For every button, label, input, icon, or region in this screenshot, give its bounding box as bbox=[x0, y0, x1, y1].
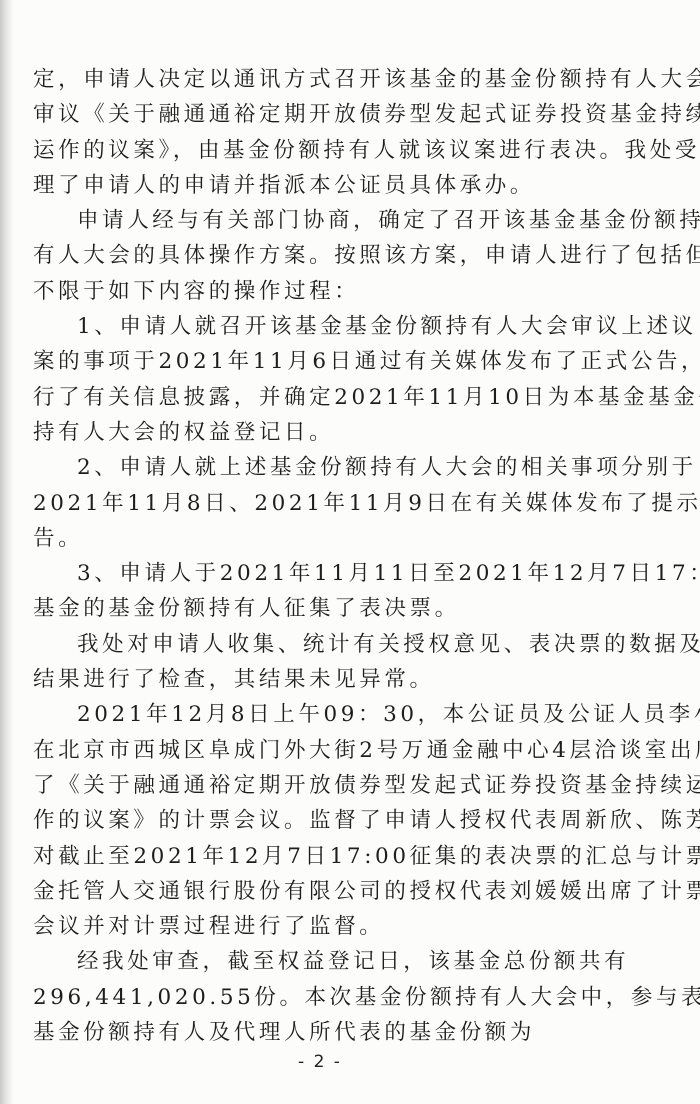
paragraph: 申请人经与有关部门协商，确定了召开该基金基金份额持有人大会的具体操作方案。按照该… bbox=[33, 203, 613, 309]
scan-edge-shadow bbox=[0, 0, 14, 1104]
text-line: 3、申请人于2021年11月11日至2021年12月7日17：00向该 bbox=[33, 556, 613, 591]
paragraph: 3、申请人于2021年11月11日至2021年12月7日17：00向该基金的基金… bbox=[33, 556, 613, 627]
paragraph: 定，申请人决定以通讯方式召开该基金的基金份额持有人大会审议《关于融通通裕定期开放… bbox=[33, 62, 613, 203]
text-line: 2、申请人就上述基金份额持有人大会的相关事项分别于 bbox=[33, 450, 613, 485]
text-line: 作的议案》的计票会议。监督了申请人授权代表周新欣、陈芳 bbox=[33, 803, 613, 838]
text-line: 行了有关信息披露，并确定2021年11月10日为本基金基金份额 bbox=[33, 380, 613, 415]
paragraph: 1、申请人就召开该基金基金份额持有人大会审议上述议案的事项于2021年11月6日… bbox=[33, 309, 613, 450]
text-line: 不限于如下内容的操作过程： bbox=[33, 274, 613, 309]
text-line: 结果进行了检查，其结果未见异常。 bbox=[33, 662, 613, 697]
text-line: 会议并对计票过程进行了监督。 bbox=[33, 909, 613, 944]
text-line: 案的事项于2021年11月6日通过有关媒体发布了正式公告，进 bbox=[33, 344, 613, 379]
text-line: 申请人经与有关部门协商，确定了召开该基金基金份额持 bbox=[33, 203, 613, 238]
text-line: 经我处审查，截至权益登记日，该基金总份额共有 bbox=[33, 944, 613, 979]
text-line: 理了申请人的申请并指派本公证员具体承办。 bbox=[33, 168, 613, 203]
text-line: 2021年12月8日上午09：30，本公证员及公证人员李小青 bbox=[33, 697, 613, 732]
text-line: 在北京市西城区阜成门外大街2号万通金融中心4层洽谈室出席 bbox=[33, 733, 613, 768]
text-line: 定，申请人决定以通讯方式召开该基金的基金份额持有人大会 bbox=[33, 62, 613, 97]
text-line: 对截止至2021年12月7日17:00征集的表决票的汇总与计票，基 bbox=[33, 839, 613, 874]
text-line: 告。 bbox=[33, 521, 613, 556]
text-line: 2021年11月8日、2021年11月9日在有关媒体发布了提示性公 bbox=[33, 486, 613, 521]
paragraph: 2、申请人就上述基金份额持有人大会的相关事项分别于2021年11月8日、2021… bbox=[33, 450, 613, 556]
text-line: 1、申请人就召开该基金基金份额持有人大会审议上述议 bbox=[33, 309, 613, 344]
text-line: 审议《关于融通通裕定期开放债券型发起式证券投资基金持续 bbox=[33, 97, 613, 132]
text-line: 金托管人交通银行股份有限公司的授权代表刘媛媛出席了计票 bbox=[33, 874, 613, 909]
text-line: 基金的基金份额持有人征集了表决票。 bbox=[33, 591, 613, 626]
text-line: 我处对申请人收集、统计有关授权意见、表决票的数据及 bbox=[33, 627, 613, 662]
paragraph: 2021年12月8日上午09：30，本公证员及公证人员李小青在北京市西城区阜成门… bbox=[33, 697, 613, 944]
text-line: 持有人大会的权益登记日。 bbox=[33, 415, 613, 450]
text-line: 基金份额持有人及代理人所代表的基金份额为 bbox=[33, 1015, 613, 1050]
document-body: 定，申请人决定以通讯方式召开该基金的基金份额持有人大会审议《关于融通通裕定期开放… bbox=[33, 62, 613, 1050]
text-line: 了《关于融通通裕定期开放债券型发起式证券投资基金持续运 bbox=[33, 768, 613, 803]
paragraph: 经我处审查，截至权益登记日，该基金总份额共有296,441,020.55份。本次… bbox=[33, 944, 613, 1050]
text-line: 有人大会的具体操作方案。按照该方案，申请人进行了包括但 bbox=[33, 238, 613, 273]
text-line: 296,441,020.55份。本次基金份额持有人大会中，参与表决的 bbox=[33, 980, 613, 1015]
text-line: 运作的议案》，由基金份额持有人就该议案进行表决。我处受 bbox=[33, 133, 613, 168]
paragraph: 我处对申请人收集、统计有关授权意见、表决票的数据及结果进行了检查，其结果未见异常… bbox=[33, 627, 613, 698]
page-number: - 2 - bbox=[0, 1052, 640, 1072]
